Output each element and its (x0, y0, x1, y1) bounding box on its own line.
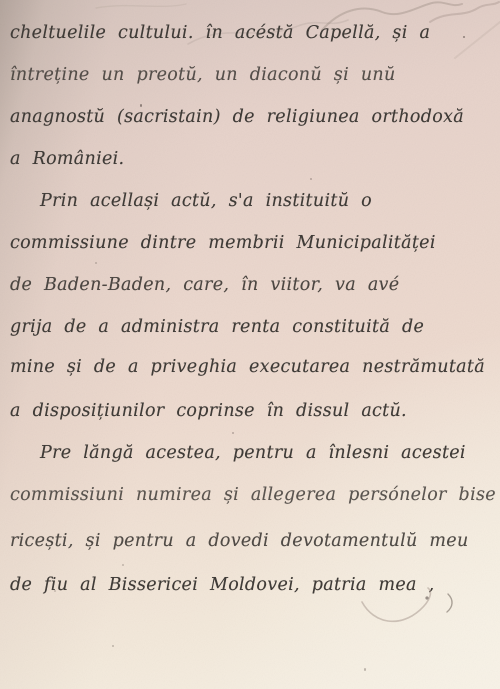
handwritten-line: grija de a administra renta constituită … (10, 306, 494, 348)
handwritten-line: cheltuelile cultului. în acéstă Capellă,… (10, 12, 494, 54)
handwritten-line: Prin acellași actŭ, s'a instituitŭ o (10, 180, 494, 222)
ink-speck (140, 104, 142, 107)
handwritten-text: cheltuelile cultului. în acéstă Capellă,… (0, 0, 500, 600)
handwritten-line: mine și de a priveghia executarea nestră… (10, 346, 494, 388)
handwritten-line: Pre lăngă acestea, pentru a înlesni aces… (10, 432, 494, 474)
handwritten-line: de fiu al Bissericei Moldovei, patria me… (10, 564, 494, 606)
ink-speck (122, 564, 124, 566)
handwritten-line: ricești, și pentru a dovedi devotamentul… (10, 520, 494, 562)
ink-speck (310, 178, 312, 180)
ink-speck (112, 645, 114, 647)
handwritten-line: întreține un preotŭ, un diaconŭ și unŭ (10, 54, 494, 96)
ink-speck (232, 432, 234, 434)
ink-speck (54, 590, 56, 592)
scanned-manuscript-page: cheltuelile cultului. în acéstă Capellă,… (0, 0, 500, 689)
handwritten-line: anagnostŭ (sacristain) de religiunea ort… (10, 96, 494, 138)
ink-speck (95, 262, 97, 264)
ink-speck (364, 668, 366, 671)
handwritten-line: commissiune dintre membrii Municipalităț… (10, 222, 494, 264)
handwritten-line: a disposițiunilor coprinse în dissul act… (10, 390, 494, 432)
ink-speck (463, 36, 465, 38)
handwritten-line: commissiuni numirea și allegerea persóne… (10, 474, 494, 516)
handwritten-line: de Baden-Baden, care, în viitor, va avé (10, 264, 494, 306)
handwritten-line: a României. (10, 138, 494, 180)
